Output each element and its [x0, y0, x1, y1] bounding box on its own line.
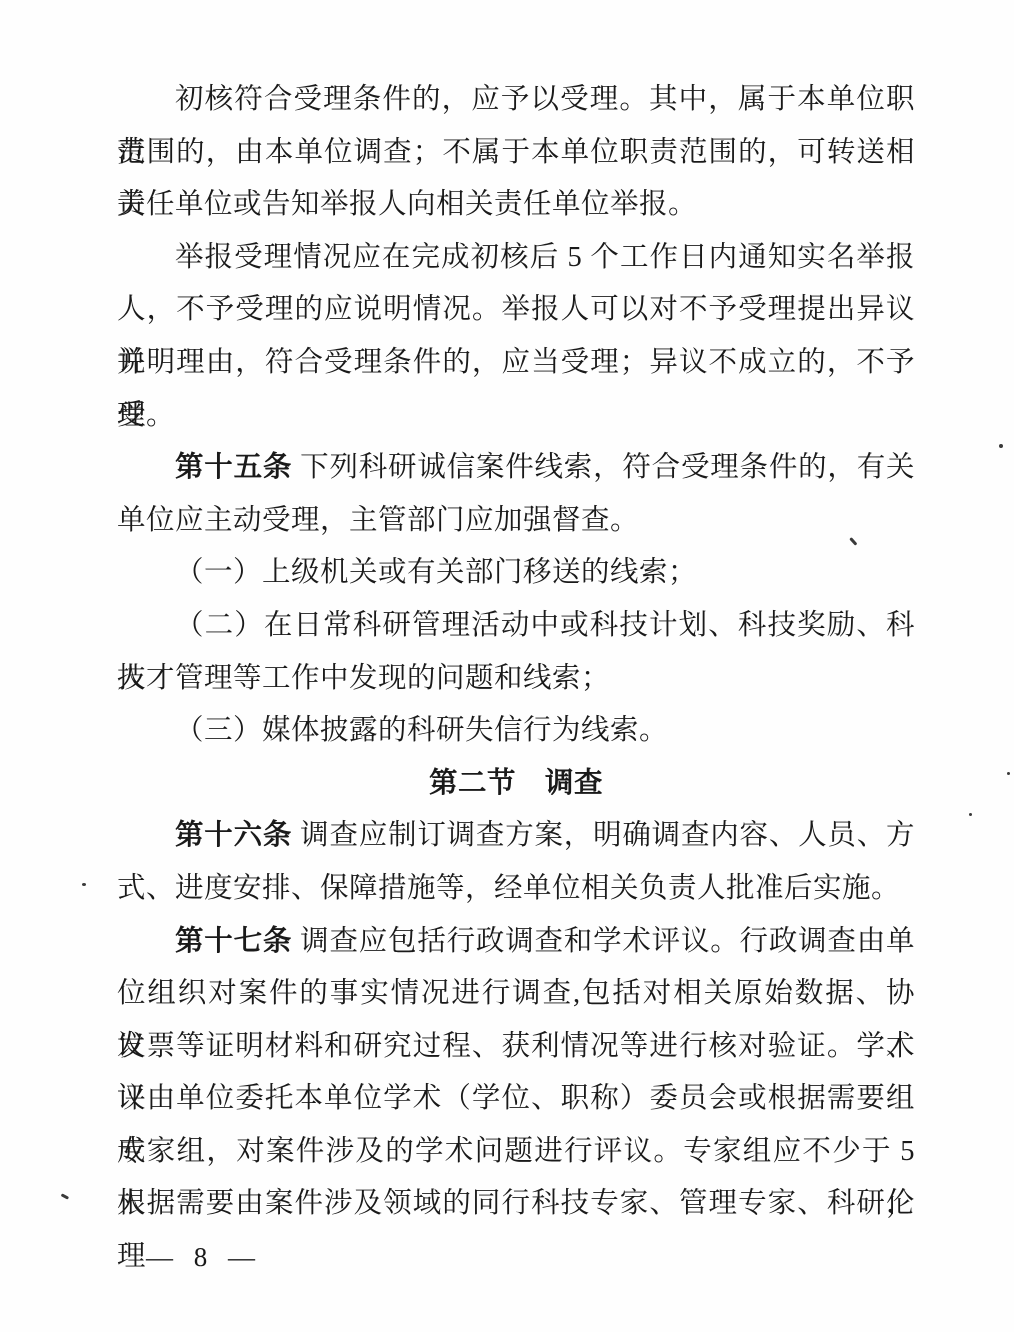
- scan-speck: [999, 444, 1003, 448]
- text-line: 发票等证明材料和研究过程、获利情况等进行核对验证。学术评: [117, 1021, 915, 1074]
- line-text: 下列科研诚信案件线索，符合受理条件的，有关: [300, 452, 915, 483]
- text-line: 位组织对案件的事实情况进行调查,包括对相关原始数据、协议、: [117, 968, 915, 1021]
- text-line: 范围的，由本单位调查；不属于本单位职责范围的，可转送相关: [117, 127, 915, 180]
- line-text: 人才管理等工作中发现的问题和线索；: [117, 663, 610, 694]
- line-text: 调查应制订调查方案，明确调查内容、人员、方: [300, 820, 915, 851]
- section-heading: 第二节 调查: [117, 758, 915, 811]
- article-number: 第十五条: [175, 452, 292, 483]
- text-line: 议由单位委托本单位学术（学位、职称）委员会或根据需要组成: [117, 1073, 915, 1126]
- scan-speck: [61, 1193, 69, 1199]
- text-line: 举报受理情况应在完成初核后 5 个工作日内通知实名举报: [117, 232, 915, 285]
- text-line-article-17: 第十七条调查应包括行政调查和学术评议。行政调查由单: [117, 916, 915, 969]
- text-line: 式、进度安排、保障措施等，经单位相关负责人批准后实施。: [117, 863, 915, 916]
- line-text: 理。: [117, 400, 175, 431]
- text-line-item-2: （二）在日常科研管理活动中或科技计划、科技奖励、科技: [117, 600, 915, 653]
- text-line: 责任单位或告知举报人向相关责任单位举报。: [117, 179, 915, 232]
- scan-speck: [82, 883, 86, 886]
- document-body: 初核符合受理条件的，应予以受理。其中，属于本单位职责 范围的，由本单位调查；不属…: [117, 74, 915, 1231]
- text-line: 初核符合受理条件的，应予以受理。其中，属于本单位职责: [117, 74, 915, 127]
- section-heading-text: 第二节 调查: [429, 768, 603, 799]
- line-text: 式、进度安排、保障措施等，经单位相关负责人批准后实施。: [117, 873, 900, 904]
- text-line: 专家组，对案件涉及的学术问题进行评议。专家组应不少于 5 人，: [117, 1126, 915, 1179]
- text-line-article-16: 第十六条调查应制订调查方案，明确调查内容、人员、方: [117, 810, 915, 863]
- scan-speck: [969, 813, 972, 816]
- page-number: — 8 —: [146, 1242, 262, 1273]
- line-text: 责任单位或告知举报人向相关责任单位举报。: [117, 189, 697, 220]
- text-line: 说明理由，符合受理条件的，应当受理；异议不成立的，不予受: [117, 337, 915, 390]
- text-line-item-1: （一）上级机关或有关部门移送的线索；: [117, 547, 915, 600]
- line-text: 举报受理情况应在完成初核后 5 个工作日内通知实名举报: [175, 242, 915, 273]
- line-text: 调查应包括行政调查和学术评议。行政调查由单: [300, 926, 915, 957]
- text-line: 人才管理等工作中发现的问题和线索；: [117, 653, 915, 706]
- text-line-article-15: 第十五条下列科研诚信案件线索，符合受理条件的，有关: [117, 442, 915, 495]
- scan-speck: [1007, 772, 1010, 775]
- article-number: 第十七条: [175, 926, 292, 957]
- line-text: （一）上级机关或有关部门移送的线索；: [175, 557, 697, 588]
- scanned-document-page: 初核符合受理条件的，应予以受理。其中，属于本单位职责 范围的，由本单位调查；不属…: [0, 0, 1014, 1332]
- text-line-item-3: （三）媒体披露的科研失信行为线索。: [117, 705, 915, 758]
- article-number: 第十六条: [175, 820, 292, 851]
- text-line: 理。: [117, 390, 915, 443]
- text-line: 根据需要由案件涉及领域的同行科技专家、管理专家、科研伦理: [117, 1178, 915, 1231]
- text-line: 人，不予受理的应说明情况。举报人可以对不予受理提出异议并: [117, 284, 915, 337]
- text-line: 单位应主动受理，主管部门应加强督查。: [117, 495, 915, 548]
- line-text: 单位应主动受理，主管部门应加强督查。: [117, 505, 639, 536]
- line-text: （三）媒体披露的科研失信行为线索。: [175, 715, 668, 746]
